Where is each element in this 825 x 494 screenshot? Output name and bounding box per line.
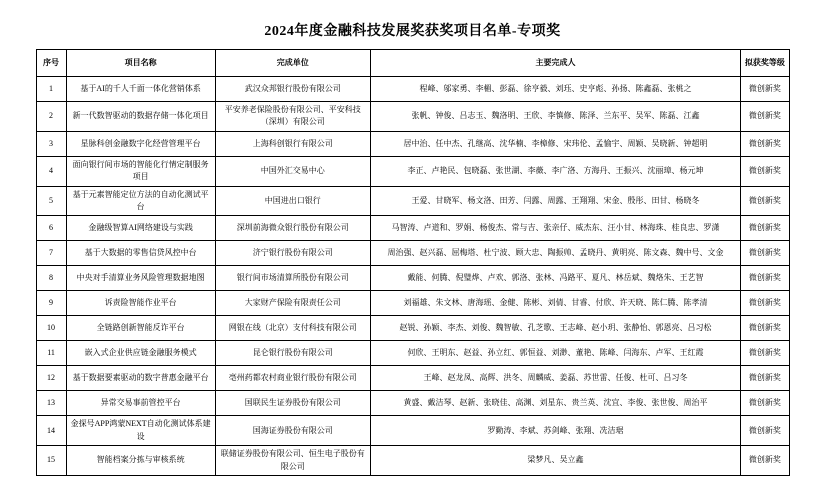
cell-contributors: 罗勤涛、李斌、苏剑峰、张翔、冼洁琚 <box>370 416 740 446</box>
table-row: 14 金探号APP鸿蒙NEXT自动化测试体系建设 国海证券股份有限公司 罗勤涛、… <box>36 416 789 446</box>
cell-project: 异常交易事前管控平台 <box>66 391 215 416</box>
table-row: 11 嵌入式企业供应链金融服务模式 昆仑银行股份有限公司 何欣、王明东、赵益、孙… <box>36 341 789 366</box>
cell-project: 诉责险智能作业平台 <box>66 291 215 316</box>
cell-contributors: 王峰、赵龙凤、高辉、洪冬、周麟威、姜磊、苏世雷、任俊、杜可、吕习冬 <box>370 366 740 391</box>
cell-no: 5 <box>36 186 66 216</box>
cell-contributors: 何欣、王明东、赵益、孙立红、郭恒益、刘渺、董艳、陈峰、闫海东、卢军、王红霞 <box>370 341 740 366</box>
header-row: 序号 项目名称 完成单位 主要完成人 拟获奖等级 <box>36 50 789 77</box>
cell-award: 微创新奖 <box>741 391 789 416</box>
cell-unit: 网银在线（北京）支付科技有限公司 <box>215 316 370 341</box>
cell-no: 13 <box>36 391 66 416</box>
header-contributors: 主要完成人 <box>370 50 740 77</box>
table-row: 9 诉责险智能作业平台 大家财产保险有限责任公司 刘福雄、朱文林、唐海瑶、金健、… <box>36 291 789 316</box>
cell-unit: 中国外汇交易中心 <box>215 156 370 186</box>
cell-contributors: 黄盛、戴洁琴、赵新、张晓佳、高渊、刘星东、贵兰英、沈宜、李俊、张世俊、周治平 <box>370 391 740 416</box>
cell-unit: 国联民生证券股份有限公司 <box>215 391 370 416</box>
table-row: 7 基于大数据的零售信贷风控中台 济宁银行股份有限公司 周治强、赵兴磊、屈梅塔、… <box>36 241 789 266</box>
cell-no: 14 <box>36 416 66 446</box>
cell-project: 新一代数智驱动的数据存储一体化项目 <box>66 102 215 132</box>
awards-table: 序号 项目名称 完成单位 主要完成人 拟获奖等级 1 基于AI的千人千面一体化营… <box>36 49 790 476</box>
table-body: 1 基于AI的千人千面一体化营销体系 武汉众邦银行股份有限公司 程峰、邬家勇、李… <box>36 77 789 476</box>
cell-unit: 中国进出口银行 <box>215 186 370 216</box>
page-title: 2024年度金融科技发展奖获奖项目名单-专项奖 <box>0 0 825 40</box>
cell-project: 中央对手清算业务风险管理数据地图 <box>66 266 215 291</box>
cell-no: 7 <box>36 241 66 266</box>
header-project: 项目名称 <box>66 50 215 77</box>
cell-award: 微创新奖 <box>741 241 789 266</box>
cell-award: 微创新奖 <box>741 77 789 102</box>
cell-project: 基于元素智能定位方法的自动化测试平台 <box>66 186 215 216</box>
cell-project: 嵌入式企业供应链金融服务模式 <box>66 341 215 366</box>
cell-contributors: 李正、卢艳民、包晓磊、张世湖、李薇、李广洛、方海丹、王振兴、沈丽璋、杨元坤 <box>370 156 740 186</box>
cell-award: 微创新奖 <box>741 316 789 341</box>
cell-no: 9 <box>36 291 66 316</box>
cell-unit: 国海证券股份有限公司 <box>215 416 370 446</box>
cell-project: 全链路创新智能反诈平台 <box>66 316 215 341</box>
cell-contributors: 程峰、邬家勇、李楣、彭磊、徐亨毅、刘珏、史亨彪、孙扬、陈鑫磊、张桃之 <box>370 77 740 102</box>
cell-unit: 亳州药都农村商业银行股份有限公司 <box>215 366 370 391</box>
cell-unit: 联储证券股份有限公司、恒生电子股份有限公司 <box>215 446 370 476</box>
cell-unit: 昆仑银行股份有限公司 <box>215 341 370 366</box>
cell-award: 微创新奖 <box>741 186 789 216</box>
table-row: 10 全链路创新智能反诈平台 网银在线（北京）支付科技有限公司 赵锐、孙颖、李杰… <box>36 316 789 341</box>
cell-project: 面向银行间市场的智能化行情定制服务项目 <box>66 156 215 186</box>
cell-no: 10 <box>36 316 66 341</box>
cell-project: 金融级智算AI网络建设与实践 <box>66 216 215 241</box>
cell-contributors: 居中治、任中杰、孔继高、沈华楠、李樟修、宋玮伦、孟愉宇、周颖、吴晓新、钟超明 <box>370 131 740 156</box>
cell-contributors: 赵锐、孙颖、李杰、刘俊、魏智敏、孔芝歌、王志峰、赵小玥、张静怡、郭恩亮、吕习松 <box>370 316 740 341</box>
cell-unit: 武汉众邦银行股份有限公司 <box>215 77 370 102</box>
cell-project: 星脉科创金融数字化经营管理平台 <box>66 131 215 156</box>
cell-award: 微创新奖 <box>741 446 789 476</box>
table-row: 15 智能档案分拣与审核系统 联储证券股份有限公司、恒生电子股份有限公司 梁梦凡… <box>36 446 789 476</box>
cell-contributors: 周治强、赵兴磊、屈梅塔、杜宁波、顾大忠、陶振帅、孟晓丹、黄明亮、陈文森、魏中号、… <box>370 241 740 266</box>
cell-unit: 深圳前海微众银行股份有限公司 <box>215 216 370 241</box>
cell-award: 微创新奖 <box>741 291 789 316</box>
cell-contributors: 刘福雄、朱文林、唐海瑶、金健、陈彬、刘倩、甘睿、付欣、许天晓、陈仁腾、陈孝清 <box>370 291 740 316</box>
cell-unit: 平安养老保险股份有限公司、平安科技（深圳）有限公司 <box>215 102 370 132</box>
cell-no: 3 <box>36 131 66 156</box>
table-row: 1 基于AI的千人千面一体化营销体系 武汉众邦银行股份有限公司 程峰、邬家勇、李… <box>36 77 789 102</box>
table-row: 6 金融级智算AI网络建设与实践 深圳前海微众银行股份有限公司 马智涛、卢道和、… <box>36 216 789 241</box>
cell-unit: 济宁银行股份有限公司 <box>215 241 370 266</box>
cell-award: 微创新奖 <box>741 366 789 391</box>
cell-project: 基于数据要素驱动的数字普惠金融平台 <box>66 366 215 391</box>
cell-award: 微创新奖 <box>741 341 789 366</box>
cell-unit: 上海科创银行有限公司 <box>215 131 370 156</box>
header-unit: 完成单位 <box>215 50 370 77</box>
cell-award: 微创新奖 <box>741 156 789 186</box>
cell-no: 6 <box>36 216 66 241</box>
cell-award: 微创新奖 <box>741 131 789 156</box>
header-award: 拟获奖等级 <box>741 50 789 77</box>
cell-no: 11 <box>36 341 66 366</box>
cell-contributors: 梁梦凡、吴立鑫 <box>370 446 740 476</box>
table-row: 2 新一代数智驱动的数据存储一体化项目 平安养老保险股份有限公司、平安科技（深圳… <box>36 102 789 132</box>
table-row: 12 基于数据要素驱动的数字普惠金融平台 亳州药都农村商业银行股份有限公司 王峰… <box>36 366 789 391</box>
cell-no: 8 <box>36 266 66 291</box>
cell-award: 微创新奖 <box>741 102 789 132</box>
cell-award: 微创新奖 <box>741 216 789 241</box>
table-row: 3 星脉科创金融数字化经营管理平台 上海科创银行有限公司 居中治、任中杰、孔继高… <box>36 131 789 156</box>
cell-no: 4 <box>36 156 66 186</box>
table-row: 8 中央对手清算业务风险管理数据地图 银行间市场清算所股份有限公司 戴能、何腾、… <box>36 266 789 291</box>
cell-project: 基于AI的千人千面一体化营销体系 <box>66 77 215 102</box>
cell-project: 基于大数据的零售信贷风控中台 <box>66 241 215 266</box>
table-header: 序号 项目名称 完成单位 主要完成人 拟获奖等级 <box>36 50 789 77</box>
cell-no: 1 <box>36 77 66 102</box>
cell-contributors: 戴能、何腾、倪璧烨、卢欢、郭洛、张林、冯路平、夏凡、林岳斌、魏烙朱、王艺智 <box>370 266 740 291</box>
cell-unit: 大家财产保险有限责任公司 <box>215 291 370 316</box>
table-row: 4 面向银行间市场的智能化行情定制服务项目 中国外汇交易中心 李正、卢艳民、包晓… <box>36 156 789 186</box>
table-row: 13 异常交易事前管控平台 国联民生证券股份有限公司 黄盛、戴洁琴、赵新、张晓佳… <box>36 391 789 416</box>
cell-project: 智能档案分拣与审核系统 <box>66 446 215 476</box>
header-no: 序号 <box>36 50 66 77</box>
cell-no: 15 <box>36 446 66 476</box>
cell-award: 微创新奖 <box>741 416 789 446</box>
cell-no: 12 <box>36 366 66 391</box>
cell-award: 微创新奖 <box>741 266 789 291</box>
cell-contributors: 张帆、钟俊、吕志玉、魏洛明、王欣、李慎修、陈泽、兰东平、吴军、陈磊、江鑫 <box>370 102 740 132</box>
cell-contributors: 王爱、甘晓军、杨文洛、田芳、闫露、周露、王翔翔、宋金、殷彤、田甘、杨晓冬 <box>370 186 740 216</box>
cell-project: 金探号APP鸿蒙NEXT自动化测试体系建设 <box>66 416 215 446</box>
cell-no: 2 <box>36 102 66 132</box>
cell-contributors: 马智涛、卢道和、罗娟、杨俊杰、常与吉、张亲仔、威杰东、汪小甘、林海珠、桂良忠、罗… <box>370 216 740 241</box>
document-page: 2024年度金融科技发展奖获奖项目名单-专项奖 序号 项目名称 完成单位 主要完… <box>0 0 825 494</box>
table-row: 5 基于元素智能定位方法的自动化测试平台 中国进出口银行 王爱、甘晓军、杨文洛、… <box>36 186 789 216</box>
cell-unit: 银行间市场清算所股份有限公司 <box>215 266 370 291</box>
